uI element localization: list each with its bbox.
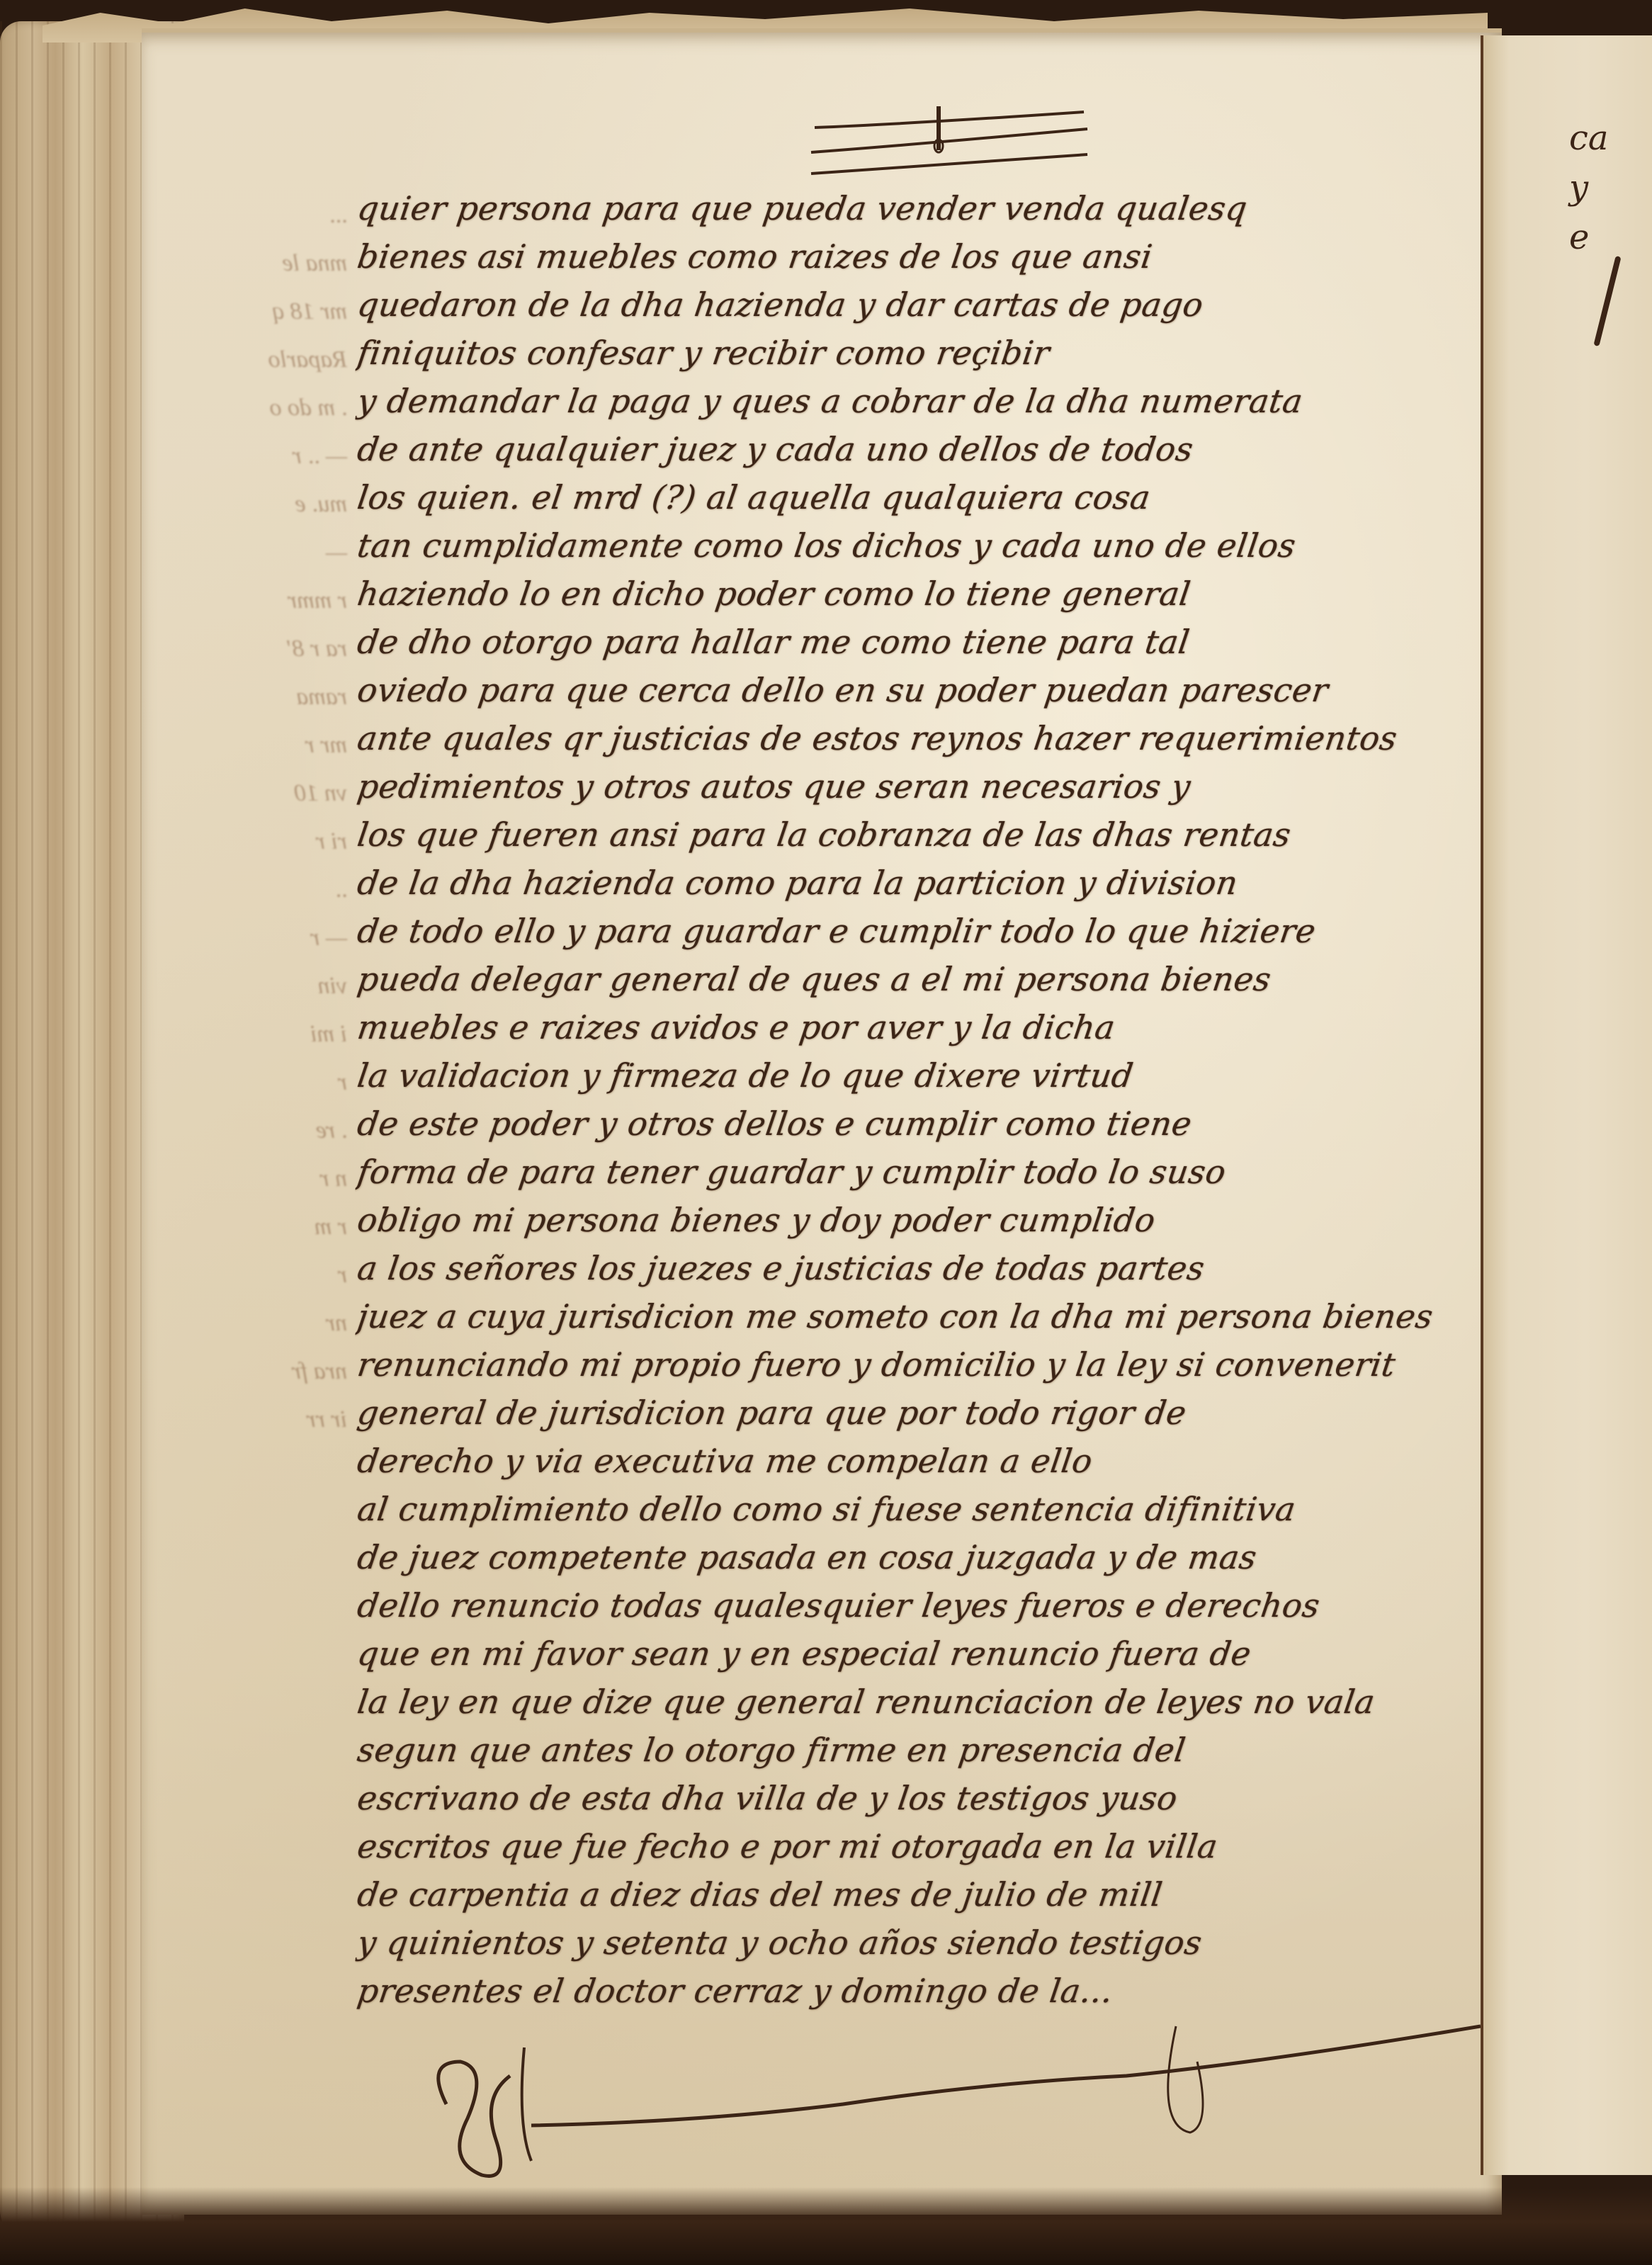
manuscript-line: juez a cuya jurisdicion me someto con la…: [354, 1292, 1509, 1340]
manuscript-line: pedimientos y otros autos que seran nece…: [354, 762, 1509, 810]
manuscript-line: y quinientos y setenta y ocho años siend…: [354, 1919, 1509, 1967]
facing-page-line: ca: [1569, 113, 1652, 163]
manuscript-line: de la dha hazienda como para la particio…: [354, 859, 1509, 907]
manuscript-line: oviedo para que cerca dello en su poder …: [354, 666, 1509, 714]
rubric-signature-icon: [418, 2019, 1481, 2189]
bleed-through-line: n r: [177, 1155, 347, 1203]
manuscript-line: ante quales qr justicias de estos reynos…: [354, 714, 1509, 762]
manuscript-line: y demandar la paga y ques a cobrar de la…: [354, 377, 1509, 425]
bleed-through-line: Raparlo: [177, 336, 347, 384]
manuscript-line: de este poder y otros dellos e cumplir c…: [354, 1100, 1509, 1148]
manuscript-line: quier persona para que pueda vender vend…: [354, 184, 1509, 232]
bleed-through-line: — .. r: [177, 432, 347, 480]
bleed-through-line: ri r: [177, 818, 347, 866]
bleed-through-line: rama: [177, 673, 347, 721]
manuscript-line: de dho otorgo para hallar me como tiene …: [354, 618, 1509, 666]
bleed-through-line: ra r 8': [177, 625, 347, 673]
manuscript-line: a los señores los juezes e justicias de …: [354, 1244, 1509, 1292]
bleed-through-line: r mmr: [177, 577, 347, 625]
bleed-through-line: . m do o: [177, 384, 347, 432]
bleed-through-line: r: [177, 1251, 347, 1299]
bleed-through-line: . re: [177, 1107, 347, 1155]
bleed-through-line: r: [177, 1058, 347, 1107]
manuscript-line: general de jurisdicion para que por todo…: [354, 1389, 1509, 1437]
bleed-through-line: vn 10: [177, 769, 347, 818]
bleed-through-line: mr 18 q: [177, 288, 347, 336]
manuscript-line: dello renuncio todas qualesquier leyes f…: [354, 1581, 1509, 1629]
bleed-through-line: r m: [177, 1203, 347, 1251]
bleed-through-line: ir rr: [177, 1396, 347, 1444]
manuscript-line: escrivano de esta dha villa de y los tes…: [354, 1774, 1509, 1822]
manuscript-line: presentes el doctor cerraz y domingo de …: [354, 1967, 1509, 2015]
manuscript-line: obligo mi persona bienes y doy poder cum…: [354, 1196, 1509, 1244]
manuscript-line: que en mi favor sean y en especial renun…: [354, 1629, 1509, 1678]
bleed-through-margin: ...mna lemr 18 qRaparlo. m do o— .. rmu.…: [177, 191, 347, 1644]
manuscript-line: segun que antes lo otorgo firme en prese…: [354, 1726, 1509, 1774]
manuscript-line: finiquitos confesar y recibir como reçib…: [354, 329, 1509, 377]
bleed-through-line: ...: [177, 191, 347, 239]
manuscript-line: escritos que fue fecho e por mi otorgada…: [354, 1822, 1509, 1870]
bleed-through-line: ..: [177, 866, 347, 914]
bleed-through-line: mr r: [177, 721, 347, 769]
manuscript-line: renunciando mi propio fuero y domicilio …: [354, 1340, 1509, 1389]
bleed-through-line: mu. e: [177, 480, 347, 529]
manuscript-line: al cumplimiento dello como si fuese sent…: [354, 1485, 1509, 1533]
bleed-through-line: nr: [177, 1299, 347, 1348]
bleed-through-line: —: [177, 529, 347, 577]
bleed-through-line: nra fr: [177, 1348, 347, 1396]
bleed-through-line: mna le: [177, 239, 347, 288]
bleed-through-line: i mi: [177, 1010, 347, 1058]
manuscript-line: de juez competente pasada en cosa juzgad…: [354, 1533, 1509, 1581]
facing-page-line: y: [1569, 163, 1652, 213]
manuscript-line: bienes asi muebles como raizes de los qu…: [354, 232, 1509, 281]
manuscript-line: quedaron de la dha hazienda y dar cartas…: [354, 281, 1509, 329]
bleed-through-line: vin: [177, 962, 347, 1010]
manuscript-line: la validacion y firmeza de lo que dixere…: [354, 1051, 1509, 1100]
facing-page-line: e: [1569, 213, 1652, 262]
manuscript-line: derecho y via executiva me compelan a el…: [354, 1437, 1509, 1485]
manuscript-line: de ante qualquier juez y cada uno dellos…: [354, 425, 1509, 473]
manuscript-line: los que fueren ansi para la cobranza de …: [354, 810, 1509, 859]
manuscript-line: muebles e raizes avidos e por aver y la …: [354, 1003, 1509, 1051]
manuscript-line: forma de para tener guardar y cumplir to…: [354, 1148, 1509, 1196]
manuscript-line: tan cumplidamente como los dichos y cada…: [354, 521, 1509, 570]
manuscript-line: pueda delegar general de ques a el mi pe…: [354, 955, 1509, 1003]
bleed-through-line: — r: [177, 914, 347, 962]
facing-page-text-fragment: caye: [1569, 113, 1652, 354]
manuscript-line: los quien. el mrd (?) al aquella qualqui…: [354, 473, 1509, 521]
cross-invocation-icon: [800, 99, 1098, 177]
manuscript-line: de carpentia a diez dias del mes de juli…: [354, 1870, 1509, 1919]
bottom-edge-shadow: [0, 2187, 1652, 2265]
manuscript-text: quier persona para que pueda vender vend…: [358, 184, 1505, 2015]
manuscript-line: haziendo lo en dicho poder como lo tiene…: [354, 570, 1509, 618]
manuscript-line: la ley en que dize que general renunciac…: [354, 1678, 1509, 1726]
manuscript-line: de todo ello y para guardar e cumplir to…: [354, 907, 1509, 955]
